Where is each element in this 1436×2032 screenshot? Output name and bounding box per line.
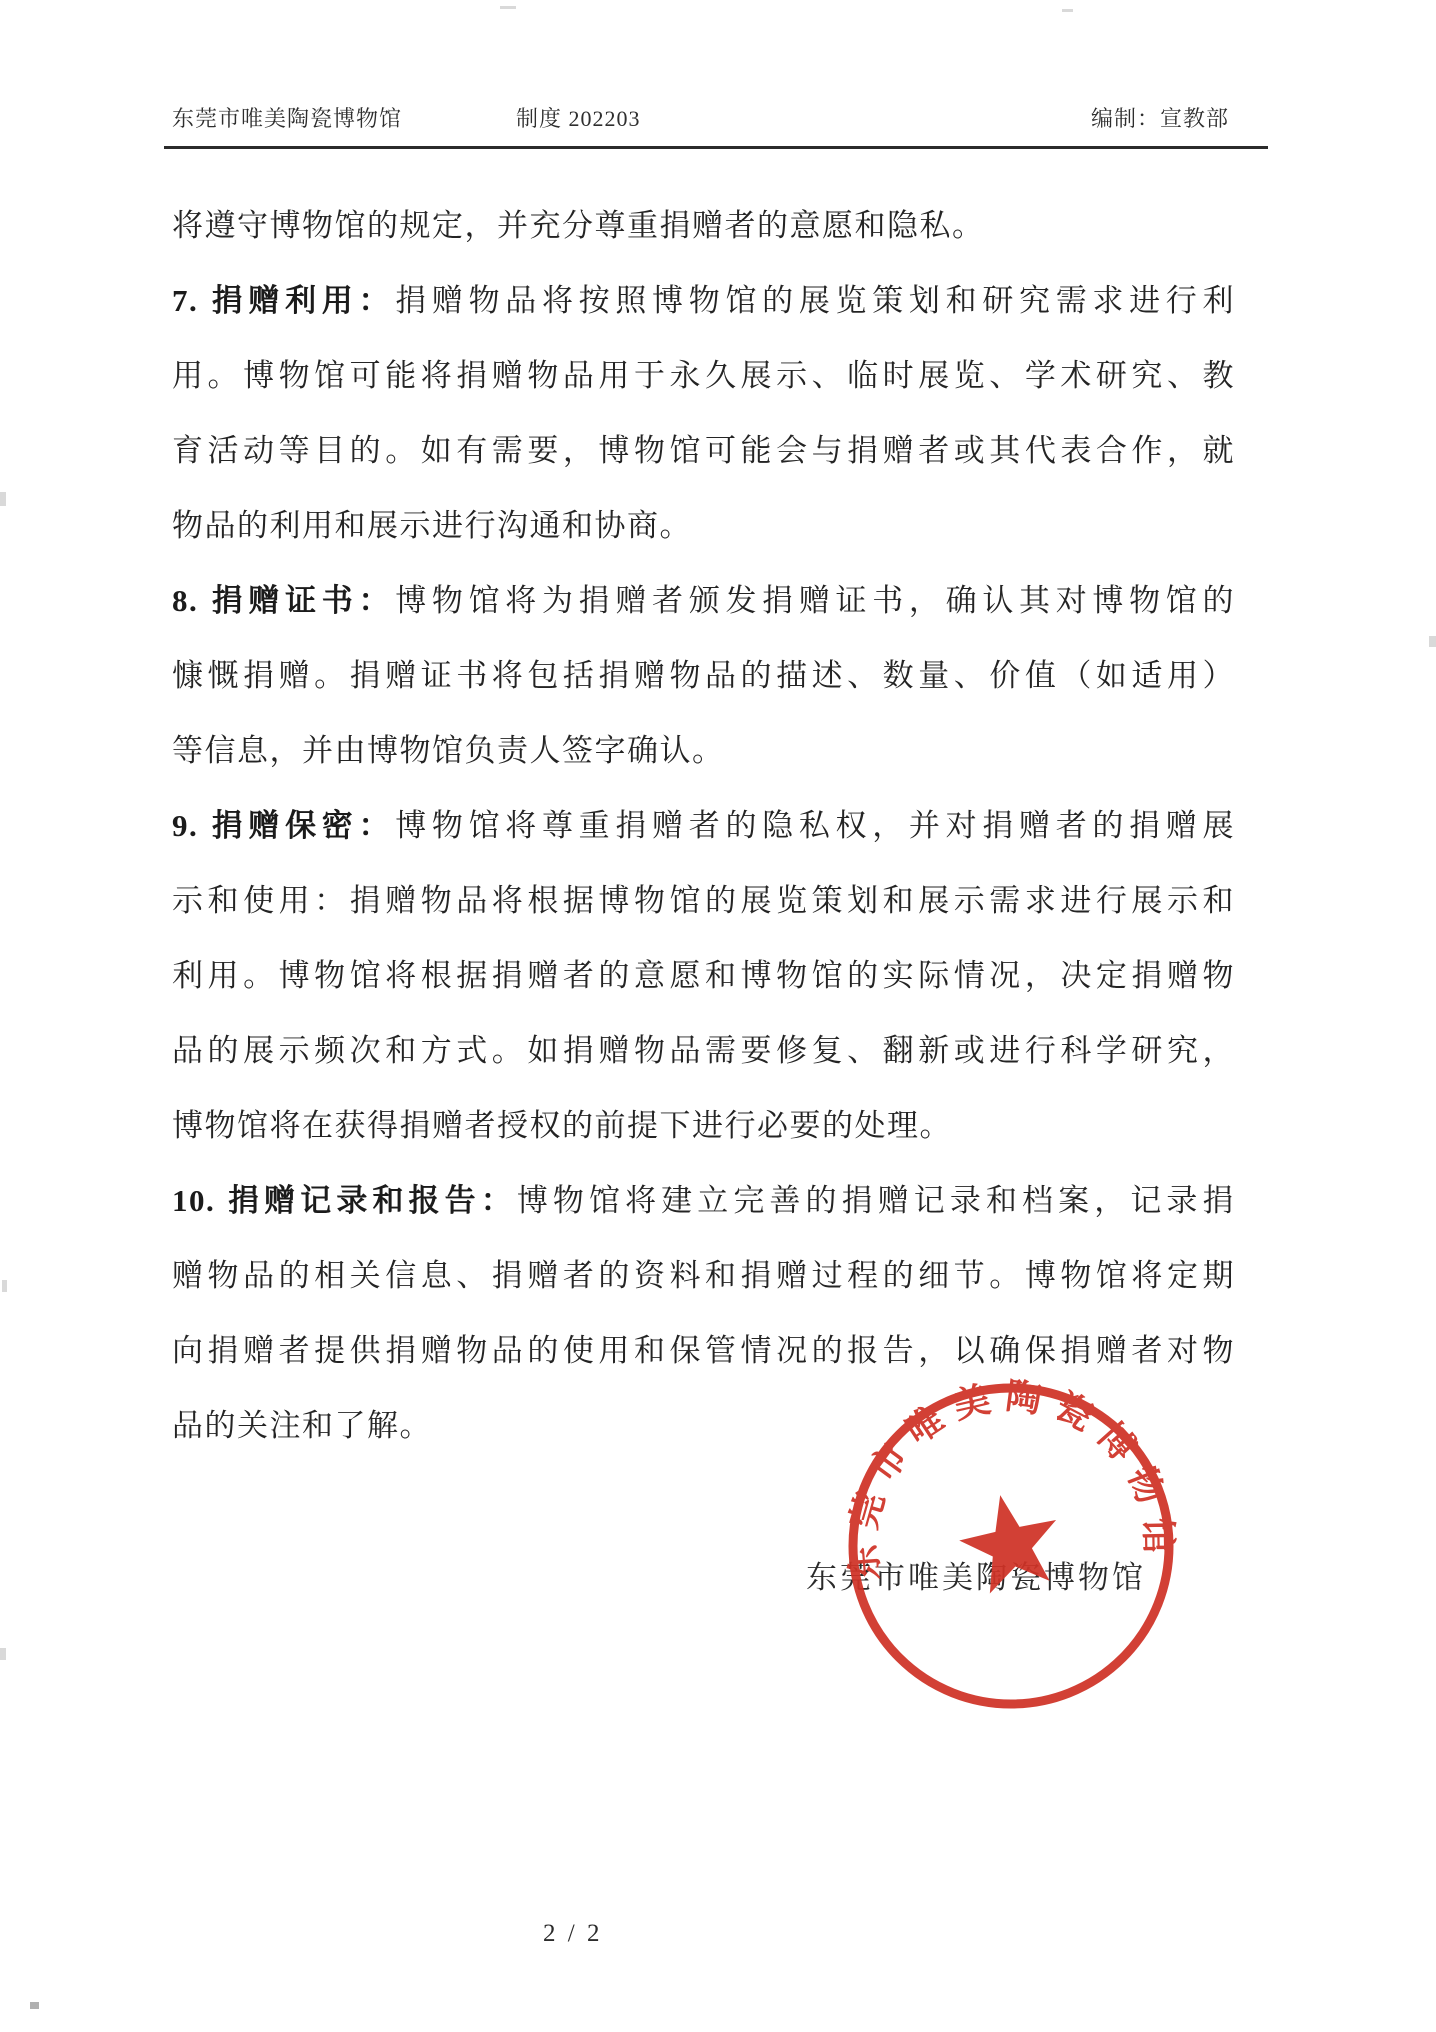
header-rule <box>164 146 1268 149</box>
body-line: 博物馆将在获得捐赠者授权的前提下进行必要的处理。 <box>172 1088 1235 1163</box>
scan-artifact <box>1062 9 1073 12</box>
scan-artifact <box>1429 636 1436 647</box>
body-line: 育活动等目的。如有需要，博物馆可能会与捐赠者或其代表合作，就 <box>172 413 1235 488</box>
item-label: 10. 捐赠记录和报告： <box>172 1183 517 1218</box>
body-line: 9. 捐赠保密：博物馆将尊重捐赠者的隐私权，并对捐赠者的捐赠展 <box>172 788 1235 863</box>
body-line: 7. 捐赠利用：捐赠物品将按照博物馆的展览策划和研究需求进行利 <box>172 263 1235 338</box>
scanned-document-page: 东莞市唯美陶瓷博物馆 制度 202203 编制：宣教部 将遵守博物馆的规定，并充… <box>0 0 1436 2032</box>
scan-artifact <box>500 6 516 9</box>
scan-artifact <box>0 1648 6 1660</box>
body-line: 10. 捐赠记录和报告：博物馆将建立完善的捐赠记录和档案，记录捐 <box>172 1163 1235 1238</box>
body-line: 物品的利用和展示进行沟通和协商。 <box>172 488 1235 563</box>
header-organization: 东莞市唯美陶瓷博物馆 <box>172 102 402 133</box>
body-line: 品的展示频次和方式。如捐赠物品需要修复、翻新或进行科学研究， <box>172 1013 1235 1088</box>
document-body: 将遵守博物馆的规定，并充分尊重捐赠者的意愿和隐私。7. 捐赠利用：捐赠物品将按照… <box>172 188 1235 1463</box>
body-line: 将遵守博物馆的规定，并充分尊重捐赠者的意愿和隐私。 <box>172 188 1235 263</box>
item-label: 8. 捐赠证书： <box>172 583 395 618</box>
item-label: 9. 捐赠保密： <box>172 808 395 843</box>
body-line: 赠物品的相关信息、捐赠者的资料和捐赠过程的细节。博物馆将定期 <box>172 1238 1235 1313</box>
scan-artifact <box>2 1280 7 1292</box>
body-line: 慷慨捐赠。捐赠证书将包括捐赠物品的描述、数量、价值（如适用） <box>172 638 1235 713</box>
body-line: 8. 捐赠证书：博物馆将为捐赠者颁发捐赠证书，确认其对博物馆的 <box>172 563 1235 638</box>
item-label: 7. 捐赠利用： <box>172 283 395 318</box>
scan-artifact <box>30 2002 39 2009</box>
header-doc-number: 制度 202203 <box>516 102 641 133</box>
header-compiler: 编制：宣教部 <box>1091 102 1229 133</box>
body-line: 等信息，并由博物馆负责人签字确认。 <box>172 713 1235 788</box>
page-number: 2 / 2 <box>543 1920 602 1948</box>
scan-artifact <box>0 492 6 506</box>
museum-seal-stamp: 东莞市唯美陶瓷博物馆 <box>841 1376 1181 1716</box>
body-line: 利用。博物馆将根据捐赠者的意愿和博物馆的实际情况，决定捐赠物 <box>172 938 1235 1013</box>
star-icon <box>952 1485 1068 1598</box>
body-line: 用。博物馆可能将捐赠物品用于永久展示、临时展览、学术研究、教 <box>172 338 1235 413</box>
seal-svg: 东莞市唯美陶瓷博物馆 <box>841 1376 1181 1716</box>
body-line: 示和使用：捐赠物品将根据博物馆的展览策划和展示需求进行展示和 <box>172 863 1235 938</box>
